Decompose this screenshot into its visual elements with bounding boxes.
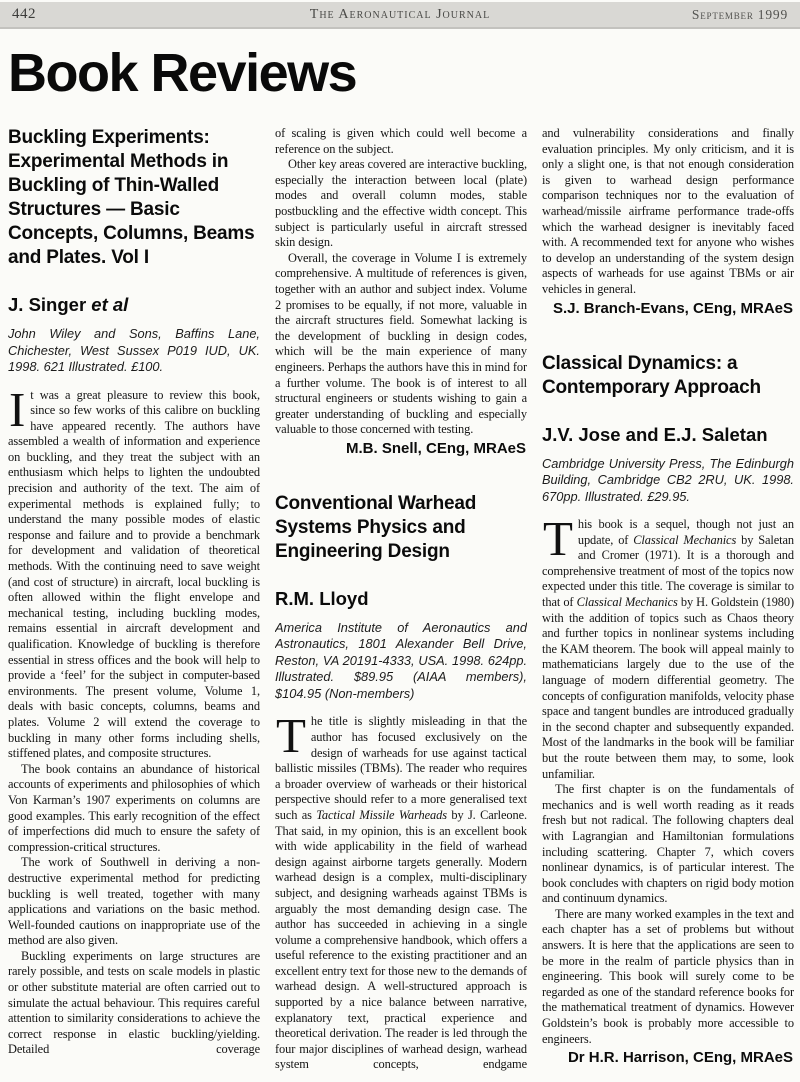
paragraph: There are many worked examples in the te… bbox=[542, 907, 794, 1047]
dropcap-letter: T bbox=[542, 517, 578, 558]
paragraph: The title is slightly misleading in that… bbox=[275, 714, 527, 1073]
book-title-italic: Tactical Missile Warheads bbox=[316, 808, 447, 822]
review-title-buckling: Buckling Experiments: Experimental Metho… bbox=[8, 126, 260, 270]
author-name: J. Singer bbox=[8, 294, 91, 315]
section-title: Book Reviews bbox=[8, 42, 356, 104]
review-body-warhead-col3: and vulnerability considerations and fin… bbox=[542, 126, 794, 318]
imprint-warhead: America Institute of Aeronautics and Ast… bbox=[275, 620, 527, 703]
book-title-italic: Classical Mechanics bbox=[577, 595, 678, 609]
review-body-buckling-col1: It was a great pleasure to review this b… bbox=[8, 388, 260, 1059]
journal-page: 442 The Aeronautical Journal September 1… bbox=[0, 0, 800, 1082]
paragraph: Overall, the coverage in Volume I is ext… bbox=[275, 251, 527, 438]
dropcap-letter: I bbox=[8, 388, 30, 429]
paragraph: Buckling experiments on large structures… bbox=[8, 949, 260, 1058]
running-head: 442 The Aeronautical Journal September 1… bbox=[0, 2, 800, 29]
review-title-classical: Classical Dynamics: a Contemporary Appro… bbox=[542, 352, 794, 400]
review-author-classical: J.V. Jose and E.J. Saletan bbox=[542, 424, 794, 446]
paragraph: It was a great pleasure to review this b… bbox=[8, 388, 260, 762]
imprint-classical: Cambridge University Press, The Edinburg… bbox=[542, 456, 794, 506]
paragraph: Other key areas covered are interactive … bbox=[275, 157, 527, 251]
reviewer-signature-harrison: Dr H.R. Harrison, CEng, MRAeS bbox=[542, 1048, 793, 1067]
review-body-classical: This book is a sequel, though not just a… bbox=[542, 517, 794, 1067]
imprint-buckling: John Wiley and Sons, Baffins Lane, Chich… bbox=[8, 326, 260, 376]
author-etal: et al bbox=[91, 294, 128, 315]
paragraph: The first chapter is on the fundamentals… bbox=[542, 782, 794, 907]
review-author-warhead: R.M. Lloyd bbox=[275, 588, 527, 610]
column-3: and vulnerability considerations and fin… bbox=[542, 126, 794, 1082]
dropcap-letter: T bbox=[275, 714, 311, 755]
book-title-italic: Classical Mechanics bbox=[633, 533, 736, 547]
reviewer-signature-snell: M.B. Snell, CEng, MRAeS bbox=[275, 439, 526, 458]
paragraph: and vulnerability considerations and fin… bbox=[542, 126, 794, 298]
paragraph: of scaling is given which could well bec… bbox=[275, 126, 527, 157]
paragraph-text: t was a great pleasure to review this bo… bbox=[8, 388, 260, 761]
review-body-buckling-col2: of scaling is given which could well bec… bbox=[275, 126, 527, 458]
paragraph: The work of Southwell in deriving a non-… bbox=[8, 855, 260, 949]
paragraph-text: he title is slightly misleading in that … bbox=[275, 714, 527, 822]
review-title-warhead: Conventional Warhead Systems Physics and… bbox=[275, 492, 527, 564]
reviewer-signature-branch-evans: S.J. Branch-Evans, CEng, MRAeS bbox=[542, 299, 793, 318]
paragraph-text: by H. Goldstein (1980) with the addition… bbox=[542, 595, 794, 781]
column-1: Buckling Experiments: Experimental Metho… bbox=[8, 126, 260, 1082]
review-body-warhead-col2: The title is slightly misleading in that… bbox=[275, 714, 527, 1073]
column-2: of scaling is given which could well bec… bbox=[275, 126, 527, 1082]
paragraph: The book contains an abundance of histor… bbox=[8, 762, 260, 856]
paragraph: This book is a sequel, though not just a… bbox=[542, 517, 794, 782]
review-author-buckling: J. Singer et al bbox=[8, 294, 260, 316]
journal-title: The Aeronautical Journal bbox=[0, 7, 800, 23]
text-columns: Buckling Experiments: Experimental Metho… bbox=[8, 126, 794, 1082]
paragraph-text: by J. Carleone. That said, in my opinion… bbox=[275, 808, 527, 1072]
